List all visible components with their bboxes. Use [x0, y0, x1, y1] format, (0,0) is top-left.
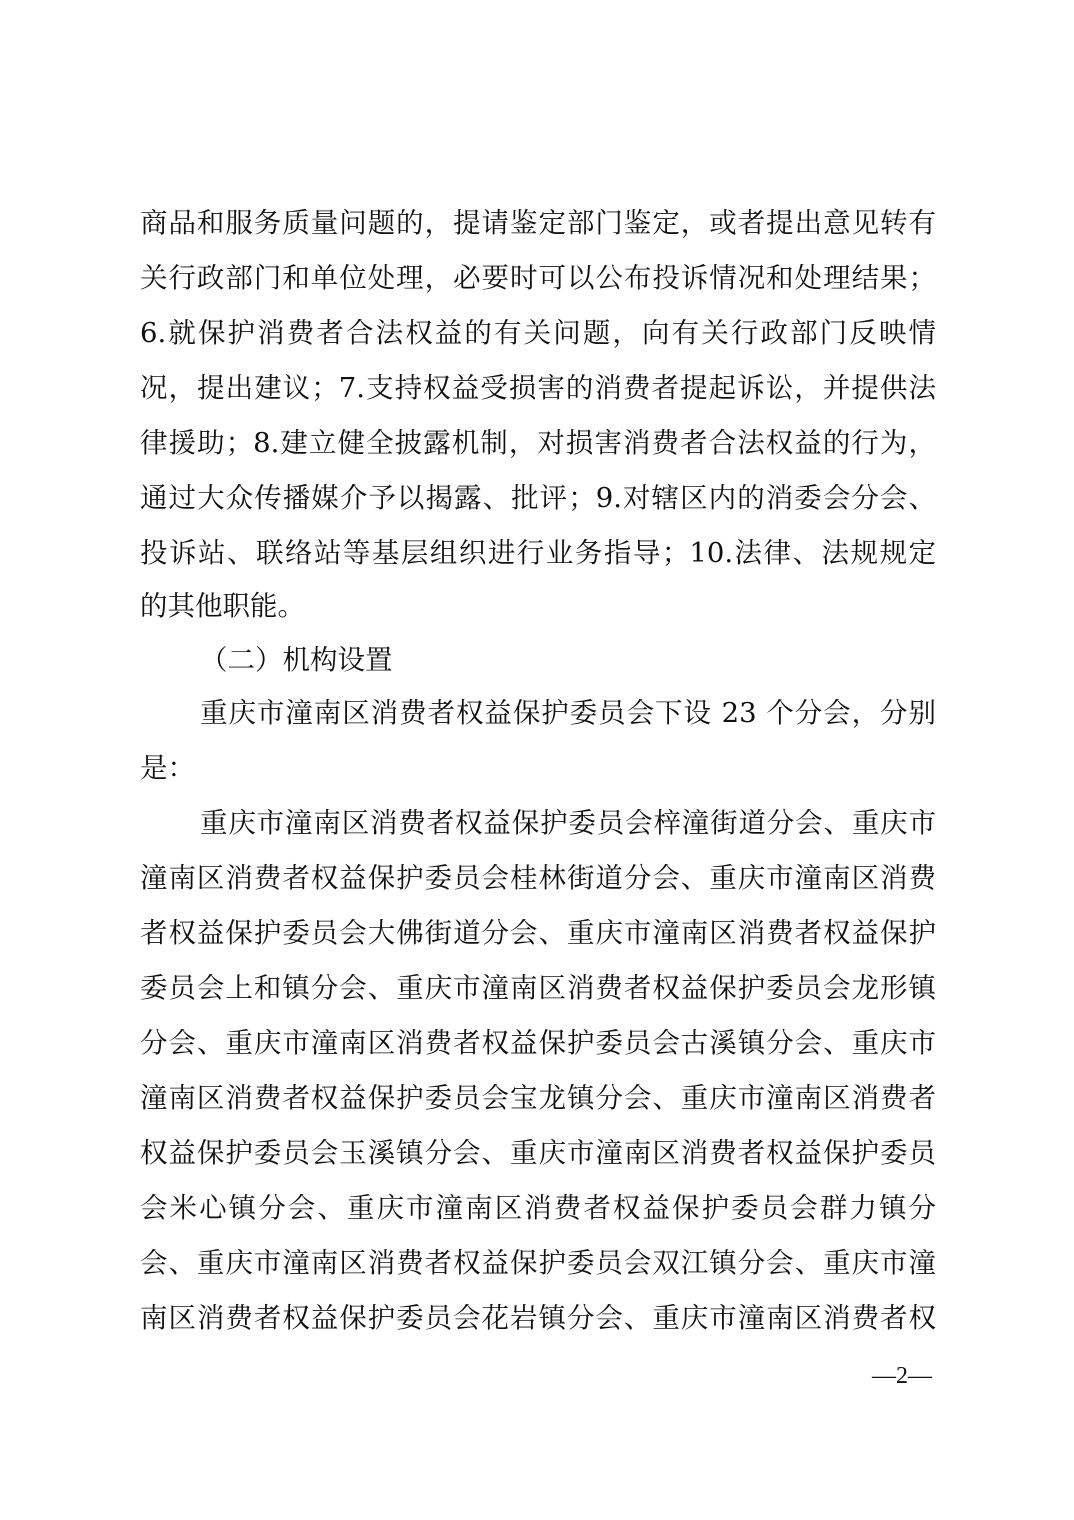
paragraph-line: 6.就保护消费者合法权益的有关问题，向有关行政部门反映情 — [140, 313, 936, 353]
branch-list-line: 会米心镇分会、重庆市潼南区消费者权益保护委员会群力镇分 — [140, 1188, 936, 1228]
paragraph-line: 律援助；8.建立健全披露机制，对损害消费者合法权益的行为， — [140, 423, 936, 463]
paragraph-line: 重庆市潼南区消费者权益保护委员会下设 23 个分会，分别 — [200, 693, 936, 733]
branch-list-line: 者权益保护委员会大佛街道分会、重庆市潼南区消费者权益保护 — [140, 913, 936, 953]
branch-list-line: 南区消费者权益保护委员会花岩镇分会、重庆市潼南区消费者权 — [140, 1298, 936, 1338]
paragraph-line: 通过大众传播媒介予以揭露、批评；9.对辖区内的消委会分会、 — [140, 478, 936, 518]
branch-list-line: 潼南区消费者权益保护委员会宝龙镇分会、重庆市潼南区消费者 — [140, 1078, 936, 1118]
paragraph-line: 投诉站、联络站等基层组织进行业务指导；10.法律、法规规定 — [140, 533, 936, 573]
branch-list-line: 分会、重庆市潼南区消费者权益保护委员会古溪镇分会、重庆市 — [140, 1023, 936, 1063]
paragraph-line: 关行政部门和单位处理，必要时可以公布投诉情况和处理结果； — [140, 258, 936, 298]
document-page: 商品和服务质量问题的，提请鉴定部门鉴定，或者提出意见转有 关行政部门和单位处理，… — [0, 0, 1074, 1520]
branch-list-line: 潼南区消费者权益保护委员会桂林街道分会、重庆市潼南区消费 — [140, 858, 936, 898]
paragraph-line: 况，提出建议；7.支持权益受损害的消费者提起诉讼，并提供法 — [140, 368, 936, 408]
paragraph-line: 是： — [140, 748, 936, 788]
branch-list-line: 权益保护委员会玉溪镇分会、重庆市潼南区消费者权益保护委员 — [140, 1133, 936, 1173]
branch-list-line: 委员会上和镇分会、重庆市潼南区消费者权益保护委员会龙形镇 — [140, 968, 936, 1008]
paragraph-line: 商品和服务质量问题的，提请鉴定部门鉴定，或者提出意见转有 — [140, 203, 936, 243]
branch-list-line: 重庆市潼南区消费者权益保护委员会梓潼街道分会、重庆市 — [200, 803, 936, 843]
section-heading: （二）机构设置 — [200, 640, 936, 680]
page-number: —2— — [872, 1358, 932, 1394]
branch-list-line: 会、重庆市潼南区消费者权益保护委员会双江镇分会、重庆市潼 — [140, 1243, 936, 1283]
paragraph-line: 的其他职能。 — [140, 586, 936, 626]
